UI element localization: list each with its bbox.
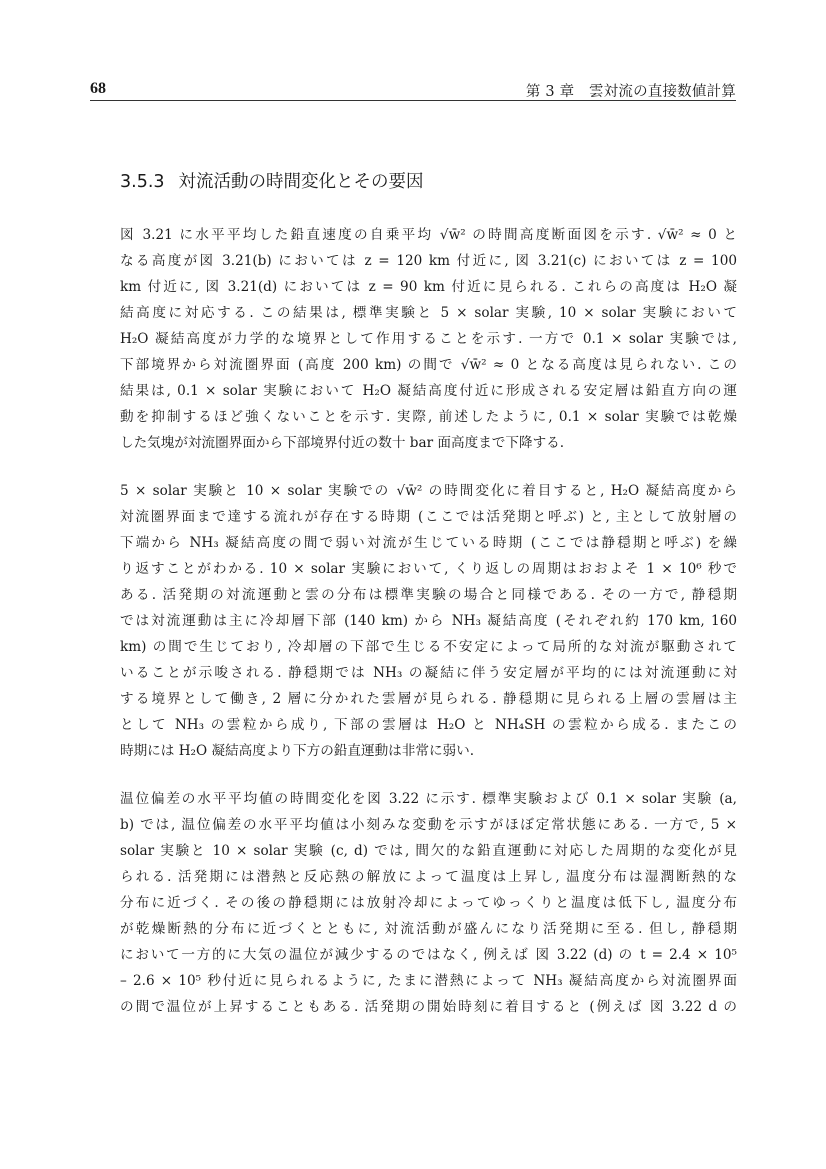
text-line: H₂O 凝結高度が力学的な境界として作用することを示す. 一方で 0.1 × s… — [120, 326, 737, 352]
text-line: 下端から NH₃ 凝結高度の間で弱い対流が生じている時期 (ここでは静穏期と呼ぶ… — [120, 530, 737, 556]
text-line: 時期には H₂O 凝結高度より下方の鉛直運動は非常に弱い. — [120, 738, 737, 764]
running-head: 第 3 章 雲対流の直接数値計算 — [526, 80, 736, 101]
text-line: では対流運動は主に冷却層下部 (140 km) から NH₃ 凝結高度 (それぞ… — [120, 608, 737, 634]
text-line: する境界として働き, 2 層に分かれた雲層が見られる. 静穏期に見られる上層の雲… — [120, 686, 737, 712]
text-line: られる. 活発期には潜熱と反応熱の解放によって温度は上昇し, 温度分布は湿潤断熱… — [120, 864, 737, 890]
text-line: 分布に近づく. その後の静穏期には放射冷却によってゆっくりと温度は低下し, 温度… — [120, 890, 737, 916]
text-line: において一方的に大気の温位が減少するのではなく, 例えば 図 3.22 (d) … — [120, 942, 737, 968]
text-line: なる高度が図 3.21(b) においては z = 120 km 付近に, 図 3… — [120, 248, 737, 274]
page-number: 68 — [90, 80, 106, 98]
text-line: 結果は, 0.1 × solar 実験において H₂O 凝結高度付近に形成される… — [120, 378, 737, 404]
text-line: いることが示唆される. 静穏期では NH₃ の凝結に伴う安定層が平均的には対流運… — [120, 660, 737, 686]
paragraph-1: 図 3.21 に水平平均した鉛直速度の自乗平均 √w̄² の時間高度断面図を示す… — [120, 222, 737, 456]
text-line: 温位偏差の水平平均値の時間変化を図 3.22 に示す. 標準実験および 0.1 … — [120, 786, 737, 812]
text-line: ある. 活発期の対流運動と雲の分布は標準実験の場合と同様である. その一方で, … — [120, 582, 737, 608]
text-line: 下部境界から対流圏界面 (高度 200 km) の間で √w̄² ≈ 0 となる… — [120, 352, 737, 378]
page-header: 68 第 3 章 雲対流の直接数値計算 — [90, 78, 736, 101]
text-line: が乾燥断熱的分布に近づくとともに, 対流活動が盛んになり活発期に至る. 但し, … — [120, 916, 737, 942]
section-heading: 対流活動の時間変化とその要因 — [179, 172, 424, 192]
text-line: の間で温位が上昇することもある. 活発期の開始時刻に着目すると (例えば 図 3… — [120, 994, 737, 1020]
text-line: として NH₃ の雲粒から成り, 下部の雲層は H₂O と NH₄SH の雲粒か… — [120, 712, 737, 738]
text-line: した気塊が対流圏界面から下部境界付近の数十 bar 面高度まで下降する. — [120, 430, 737, 456]
text-line: 対流圏界面まで達する流れが存在する時期 (ここでは活発期と呼ぶ) と, 主として… — [120, 504, 737, 530]
text-line: solar 実験と 10 × solar 実験 (c, d) では, 間欠的な鉛… — [120, 838, 737, 864]
text-line: 動を抑制するほど強くないことを示す. 実際, 前述したように, 0.1 × so… — [120, 404, 737, 430]
section-title: 3.5.3対流活動の時間変化とその要因 — [120, 168, 424, 193]
text-line: 結高度に対応する. この結果は, 標準実験と 5 × solar 実験, 10 … — [120, 300, 737, 326]
text-line: り返すことがわかる. 10 × solar 実験において, くり返しの周期はおお… — [120, 556, 737, 582]
paragraph-2: 5 × solar 実験と 10 × solar 実験での √w̄² の時間変化… — [120, 478, 737, 764]
section-number: 3.5.3 — [120, 172, 165, 192]
text-line: – 2.6 × 10⁵ 秒付近に見られるように, たまに潜熱によって NH₃ 凝… — [120, 968, 737, 994]
text-line: km 付近に, 図 3.21(d) においては z = 90 km 付近に見られ… — [120, 274, 737, 300]
text-line: 図 3.21 に水平平均した鉛直速度の自乗平均 √w̄² の時間高度断面図を示す… — [120, 222, 737, 248]
paragraph-3: 温位偏差の水平平均値の時間変化を図 3.22 に示す. 標準実験および 0.1 … — [120, 786, 737, 1020]
text-line: km) の間で生じており, 冷却層の下部で生じる不安定によって局所的な対流が駆動… — [120, 634, 737, 660]
text-line: b) では, 温位偏差の水平平均値は小刻みな変動を示すがほぼ定常状態にある. 一… — [120, 812, 737, 838]
text-line: 5 × solar 実験と 10 × solar 実験での √w̄² の時間変化… — [120, 478, 737, 504]
